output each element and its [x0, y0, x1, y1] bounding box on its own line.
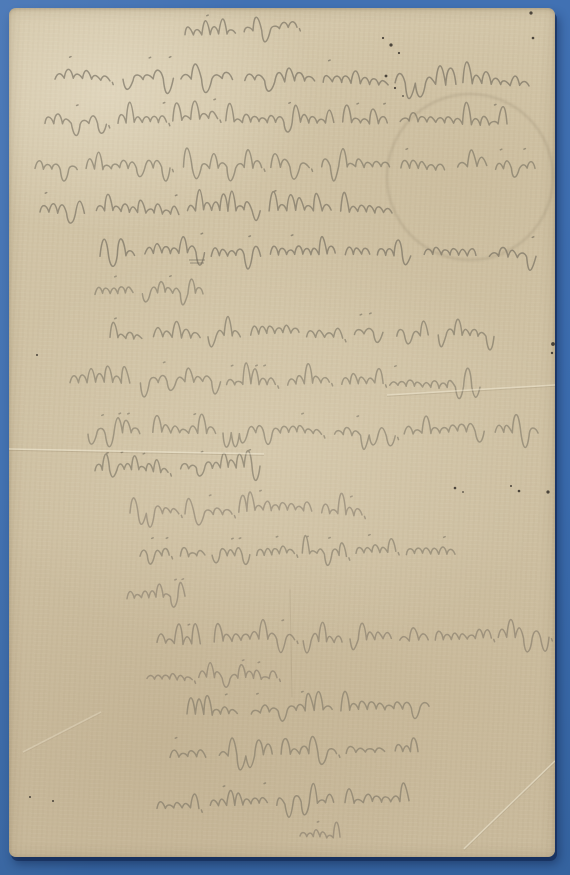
handwriting-line: [185, 15, 300, 42]
handwriting-layer: [9, 8, 555, 857]
handwriting-line: [35, 148, 535, 181]
handwriting-line: [187, 691, 429, 721]
handwriting-line: [147, 660, 280, 687]
ink-speck: [454, 487, 457, 490]
handwriting-line: [130, 490, 365, 527]
paper-crease-shadow: [290, 589, 292, 697]
paper-crease-shadow: [464, 762, 555, 850]
paper-crease-shadow: [23, 713, 101, 753]
ink-speck: [389, 43, 392, 46]
ink-speck: [551, 342, 555, 346]
paper-crease-highlight: [387, 385, 555, 395]
handwriting-line: [140, 535, 455, 566]
ink-speck: [510, 485, 512, 487]
ink-speck: [551, 352, 553, 354]
handwriting-line: [170, 737, 418, 770]
ink-speck: [36, 354, 38, 356]
ink-speck: [29, 796, 31, 798]
handwriting-line: [300, 822, 340, 838]
ink-speck: [518, 490, 521, 493]
handwriting-line: [110, 313, 494, 350]
ink-speck: [462, 491, 464, 493]
paper-crease-highlight: [464, 761, 555, 849]
ink-speck: [532, 37, 535, 40]
paper-crease-shadow: [387, 386, 555, 396]
ink-speck: [402, 95, 404, 97]
handwriting-line: [157, 620, 552, 653]
ink-speck: [385, 75, 388, 78]
ink-speck: [529, 11, 532, 14]
ink-speck: [398, 52, 400, 54]
ink-speck: [394, 87, 396, 89]
ink-speck: [546, 490, 549, 493]
handwriting-line: [88, 413, 538, 449]
ink-speck: [382, 37, 384, 39]
handwriting-line: [45, 99, 507, 135]
ink-speck: [52, 800, 54, 802]
handwriting-line: [95, 276, 203, 305]
handwriting-line: [55, 57, 529, 99]
handwriting-line: [100, 233, 536, 270]
handwriting-line: [127, 579, 185, 607]
postcard: [9, 8, 555, 857]
handwriting-line: [40, 190, 392, 223]
handwriting-line: [157, 783, 409, 817]
scan-background: [0, 0, 570, 875]
paper-crease-highlight: [23, 712, 101, 752]
